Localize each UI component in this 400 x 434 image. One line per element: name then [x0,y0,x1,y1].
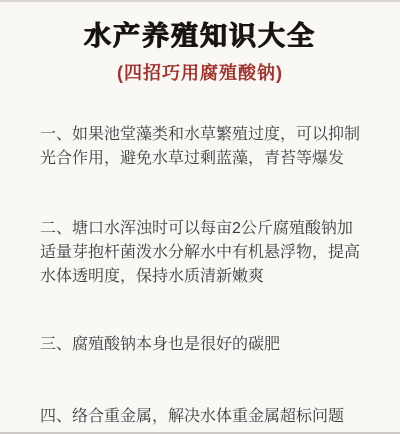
knowledge-poster: 水产养殖知识大全 (四招巧用腐殖酸钠) 一、如果池堂藻类和水草繁殖过度，可以抑制… [0,0,400,434]
page-subtitle: (四招巧用腐殖酸钠) [0,61,400,85]
points-list: 一、如果池堂藻类和水草繁殖过度，可以抑制光合作用，避免水草过剩蓝藻，青苔等爆发 … [0,123,400,429]
point-item-4: 四、络合重金属，解决水体重金属超标问题 [40,405,362,429]
point-item-2: 二、塘口水浑浊时可以每亩2公斤腐殖酸钠加适量芽抱杆菌泼水分解水中有机悬浮物，提高… [40,217,362,289]
point-item-1: 一、如果池堂藻类和水草繁殖过度，可以抑制光合作用，避免水草过剩蓝藻，青苔等爆发 [40,123,362,171]
page-title: 水产养殖知识大全 [0,2,400,52]
point-item-3: 三、腐殖酸钠本身也是很好的碳肥 [40,333,362,357]
